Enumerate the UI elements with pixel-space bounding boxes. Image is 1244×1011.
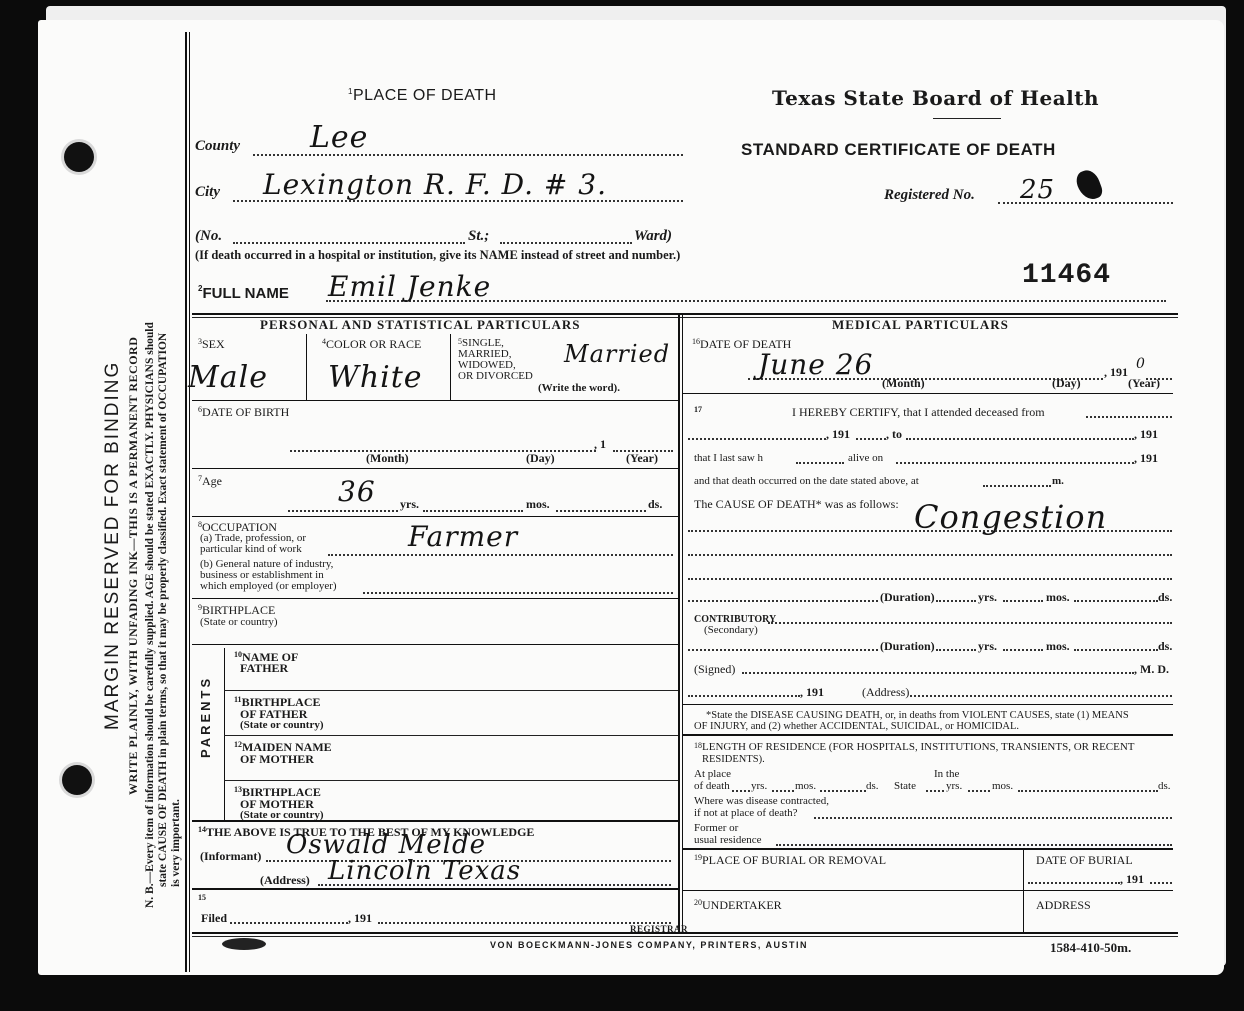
binding-hole-bottom xyxy=(62,765,92,795)
race-value[interactable]: White xyxy=(328,360,423,395)
county-value[interactable]: Lee xyxy=(310,120,368,155)
death-year-value[interactable]: 0 xyxy=(1136,356,1146,372)
registered-label: Registered No. xyxy=(884,187,975,204)
union-label-icon xyxy=(222,938,266,950)
margin-binding-label: MARGIN RESERVED FOR BINDING xyxy=(102,361,124,730)
certificate-title: STANDARD CERTIFICATE OF DEATH xyxy=(741,140,1056,160)
ornament-rule xyxy=(933,118,1001,119)
date-of-death-value[interactable]: June 26 xyxy=(758,348,873,381)
birthplace-label: 9BIRTHPLACE xyxy=(198,604,275,616)
street-label: St.; xyxy=(468,228,489,245)
full-name-value[interactable]: Emil Jenke xyxy=(328,270,491,303)
parents-label: PARENTS xyxy=(198,676,213,758)
form-number: 1584-410-50m. xyxy=(1050,940,1131,956)
city-value[interactable]: Lexington R. F. D. # 3. xyxy=(263,168,607,201)
binding-hole-top xyxy=(64,142,94,172)
dob-label: 6DATE OF BIRTH xyxy=(198,406,289,418)
occupation-value[interactable]: Farmer xyxy=(408,520,518,553)
ink-blot xyxy=(1074,167,1105,203)
hospital-note: (If death occurred in a hospital or inst… xyxy=(195,248,680,263)
nb-line-3: is very important. xyxy=(170,799,182,887)
place-of-death-title: 1PLACE OF DEATH xyxy=(348,88,497,104)
county-label: County xyxy=(195,138,240,155)
signed-label: (Signed) xyxy=(694,663,735,675)
personal-section-title: PERSONAL AND STATISTICAL PARTICULARS xyxy=(260,317,581,333)
margin-ink-notice: WRITE PLAINLY, WITH UNFADING INK—THIS IS… xyxy=(126,337,141,795)
full-name-label: 2FULL NAME xyxy=(198,285,289,302)
burial-date-label: DATE OF BURIAL xyxy=(1036,854,1133,866)
printer-credit: VON BOECKMANN-JONES COMPANY, PRINTERS, A… xyxy=(490,940,808,950)
sex-value[interactable]: Male xyxy=(188,360,268,395)
nb-line-1: N. B.—Every item of information should b… xyxy=(144,322,156,908)
age-label: 7Age xyxy=(198,475,222,487)
cause-of-death-label: The CAUSE OF DEATH* was as follows: xyxy=(694,498,899,510)
margin-rule-inner xyxy=(189,32,190,972)
burial-place-label: 19PLACE OF BURIAL OR REMOVAL xyxy=(694,854,886,866)
registered-number[interactable]: 25 xyxy=(1020,175,1055,205)
death-certificate: MARGIN RESERVED FOR BINDING WRITE PLAINL… xyxy=(38,20,1224,975)
informant-address-value[interactable]: Lincoln Texas xyxy=(328,856,521,886)
marital-hint: (Write the word). xyxy=(538,383,620,394)
informant-address-label: (Address) xyxy=(260,874,310,886)
filed-label: Filed xyxy=(201,912,227,924)
certify-statement: I HEREBY CERTIFY, that I attended deceas… xyxy=(792,406,1045,418)
column-divider xyxy=(678,313,680,933)
cause-footnote-1: *State the DISEASE CAUSING DEATH, or, in… xyxy=(706,710,1129,721)
city-label: City xyxy=(195,184,220,201)
undertaker-address-label: ADDRESS xyxy=(1036,899,1091,911)
race-label: 4COLOR OR RACE xyxy=(322,338,421,350)
marital-value[interactable]: Married xyxy=(564,340,670,368)
file-number-stamp: 11464 xyxy=(1022,260,1111,291)
age-value[interactable]: 36 xyxy=(338,475,376,508)
undertaker-label: 20UNDERTAKER xyxy=(694,899,782,911)
cause-footnote-2: OF INJURY, and (2) whether ACCIDENTAL, S… xyxy=(694,721,1019,732)
ward-label: Ward) xyxy=(634,228,672,245)
nb-line-2: state CAUSE OF DEATH in plain terms, so … xyxy=(157,333,169,887)
margin-rule xyxy=(185,32,187,972)
board-title: Texas State Board of Health xyxy=(772,86,1099,110)
residence-label: 18LENGTH OF RESIDENCE (FOR HOSPITALS, IN… xyxy=(694,742,1135,753)
street-number-label: (No. xyxy=(195,228,222,245)
marital-label-4: OR DIVORCED xyxy=(458,371,533,382)
medical-section-title: MEDICAL PARTICULARS xyxy=(832,317,1009,333)
informant-label: (Informant) xyxy=(200,850,261,862)
sex-label: 3SEX xyxy=(198,338,225,350)
